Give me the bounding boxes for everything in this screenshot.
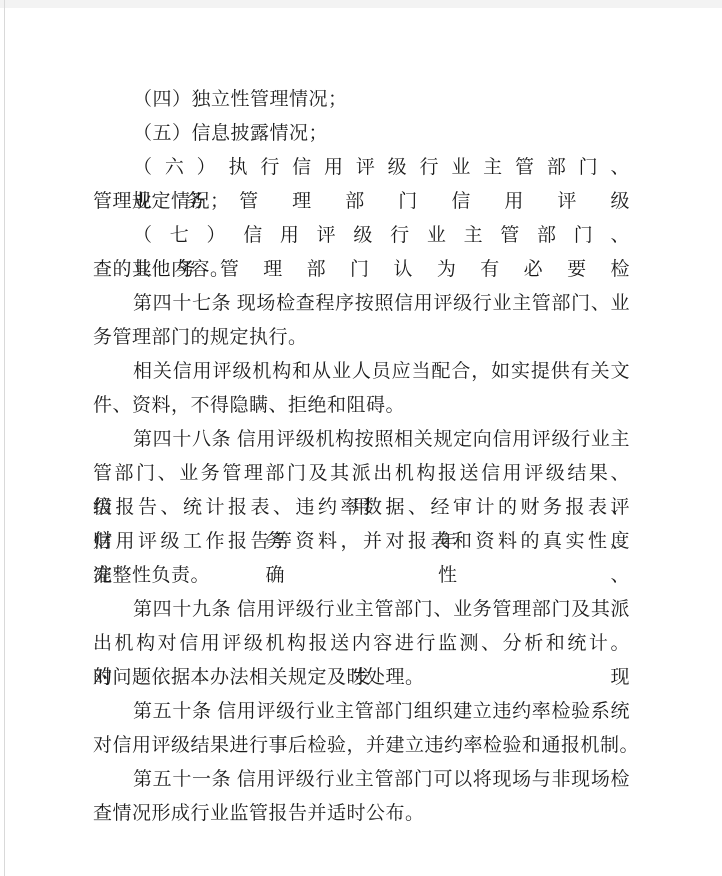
text-line: 管部门、业务管理部门及其派出机构报送信用评级结果、信用评 <box>93 457 630 491</box>
text-line: 信用评级工作报告等资料，并对报表和资料的真实性、准确性、 <box>93 525 630 559</box>
text-line: （四）独立性管理情况； <box>93 83 630 117</box>
text-line: 相关信用评级机构和从业人员应当配合，如实提供有关文 <box>93 355 630 389</box>
scan-edge-top <box>0 0 722 8</box>
text-line: 第四十七条 现场检查程序按照信用评级行业主管部门、业 <box>93 287 630 321</box>
text-line: （七）信用评级行业主管部门、业务管理部门认为有必要检 <box>93 219 630 253</box>
text-line: 查情况形成行业监管报告并适时公布。 <box>93 797 630 831</box>
text-line: 第四十八条 信用评级机构按照相关规定向信用评级行业主 <box>93 423 630 457</box>
document-text: （四）独立性管理情况；（五）信息披露情况；（六）执行信用评级行业主管部门、业务管… <box>93 83 630 831</box>
text-line: 出机构对信用评级机构报送内容进行监测、分析和统计。对发现 <box>93 627 630 661</box>
document-page: （四）独立性管理情况；（五）信息披露情况；（六）执行信用评级行业主管部门、业务管… <box>0 0 722 876</box>
scan-edge-left <box>4 0 5 876</box>
text-line: 对信用评级结果进行事后检验，并建立违约率检验和通报机制。 <box>93 729 630 763</box>
text-line: （六）执行信用评级行业主管部门、业务管理部门信用评级 <box>93 151 630 185</box>
text-line: 件、资料，不得隐瞒、拒绝和阻碍。 <box>93 389 630 423</box>
text-line: 第四十九条 信用评级行业主管部门、业务管理部门及其派 <box>93 593 630 627</box>
text-line: 级报告、统计报表、违约率数据、经审计的财务报表、财务年度 <box>93 491 630 525</box>
text-line: （五）信息披露情况； <box>93 117 630 151</box>
text-line: 务管理部门的规定执行。 <box>93 321 630 355</box>
text-line: 第五十条 信用评级行业主管部门组织建立违约率检验系统 <box>93 695 630 729</box>
text-line: 第五十一条 信用评级行业主管部门可以将现场与非现场检 <box>93 763 630 797</box>
